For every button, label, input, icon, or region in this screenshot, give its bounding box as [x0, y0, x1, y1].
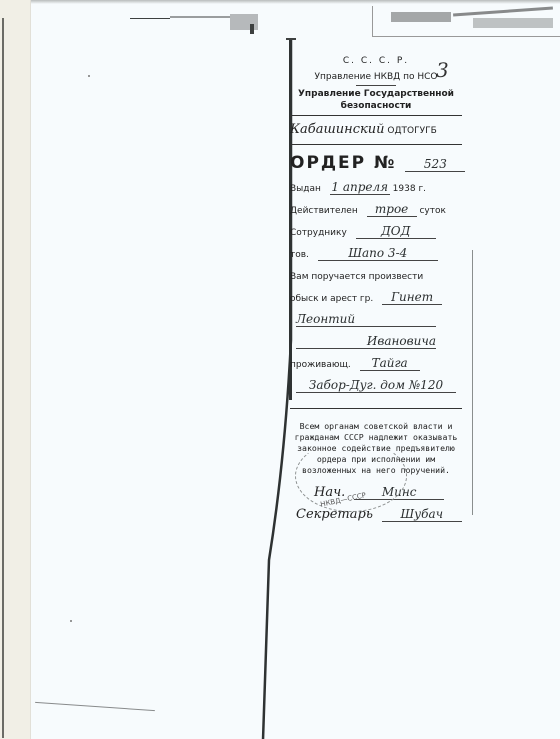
branch-line: Кабашинский ОДТОГУГБ: [290, 119, 462, 141]
scan-top-edge: [0, 0, 560, 4]
torn-paper-fragment-left: [130, 10, 260, 32]
patronymic: Ивановича: [296, 334, 436, 349]
scan-speck: [70, 620, 72, 622]
officer-value: ДОД: [356, 224, 436, 239]
scan-speck: [88, 75, 90, 77]
order-title-line: ОРДЕР № 523: [290, 148, 462, 178]
residing-value: Тайга: [360, 356, 420, 371]
country-label: С. С. С. Р.: [290, 55, 462, 67]
surname: Гинет: [382, 290, 442, 305]
instruction-line-1: Вам поручается произвести: [290, 266, 462, 288]
department-sub-label: Управление Государственной безопасности: [290, 88, 462, 112]
residing-line: проживающ. Тайга: [290, 354, 462, 376]
scan-artifact-line: [35, 702, 155, 711]
issued-line: Выдан 1 апреля 1938 г.: [290, 178, 462, 200]
first-name-line: Леонтий: [290, 310, 462, 332]
valid-days: трое: [367, 202, 417, 217]
instruction-line-2: обыск и арест гр. Гинет: [290, 288, 462, 310]
order-title: ОРДЕР №: [290, 153, 397, 173]
valid-line: Действителен трое суток: [290, 200, 462, 222]
department-label: Управление НКВД по НСО: [290, 71, 462, 83]
address: Забор-Дуг. дом №120: [296, 378, 456, 393]
address-line: Забор-Дуг. дом №120: [290, 376, 462, 398]
branch-suffix: ОДТОГУГБ: [387, 120, 436, 142]
secretary-signature: Шубач: [382, 507, 462, 522]
branch-handwritten: Кабашинский: [290, 122, 385, 137]
issuing-authority-header: С. С. С. Р. Управление НКВД по НСО Управ…: [290, 55, 462, 112]
officer-line: Сотруднику ДОД: [290, 222, 462, 244]
page-edge-shadow: [2, 18, 4, 738]
issued-date: 1 апреля: [330, 180, 390, 195]
order-number: 523: [405, 157, 465, 172]
comrade-value: Шапо 3-4: [318, 246, 438, 261]
scan-left-margin: [0, 0, 31, 739]
form-right-border: [472, 250, 473, 515]
comrade-line: тов. Шапо 3-4: [290, 244, 462, 266]
issued-year: 1938: [393, 178, 416, 200]
torn-paper-fragment-right: [372, 6, 560, 37]
patronymic-line: Ивановича: [290, 332, 462, 354]
first-name: Леонтий: [296, 312, 436, 327]
